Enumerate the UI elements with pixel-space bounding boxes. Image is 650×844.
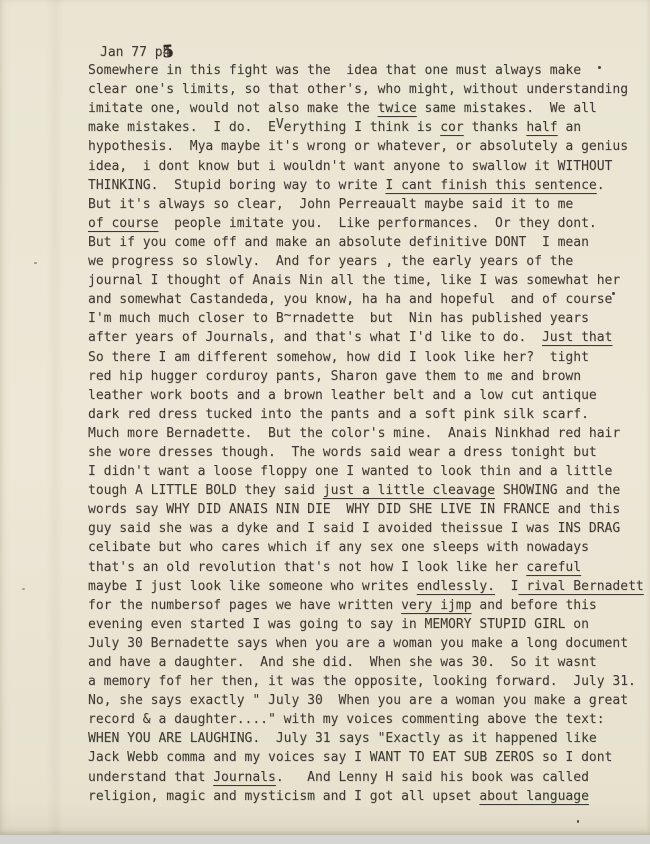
paper-fold-shadow — [46, 0, 64, 835]
text-line: So there I am different somehow, how did… — [88, 348, 640, 367]
text-line: words say WHY DID ANAIS NIN DIE WHY DID … — [88, 500, 640, 519]
text-line: that's an old revolution that's not how … — [88, 558, 640, 577]
text-line: No, she says exactly " July 30 When you … — [88, 691, 640, 710]
text-line: imitate one, would not also make the twi… — [88, 99, 640, 118]
text-line: I didn't want a loose floppy one I wante… — [88, 462, 640, 481]
text-line: religion, magic and mysticism and I got … — [88, 787, 640, 806]
text-line: a memory fof her then, it was the opposi… — [88, 672, 640, 691]
text-line: make mistakes. I do. EVerything I think … — [88, 118, 640, 137]
text-line: Somewhere in this fight was the idea tha… — [88, 61, 640, 80]
text-line: July 30 Bernadette says when you are a w… — [88, 634, 640, 653]
scan-speck — [612, 292, 615, 295]
text-line: red hip hugger corduroy pants, Sharon ga… — [88, 367, 640, 386]
page-lines: Jan 77 p45Somewhere in this fight was th… — [88, 42, 640, 806]
text-line: leather work boots and a brown leather b… — [88, 386, 640, 405]
text-line: clear one's limits, so that other's, who… — [88, 80, 640, 99]
text-line: we progress so slowly. And for years , t… — [88, 252, 640, 271]
scan-speck — [22, 588, 25, 590]
text-line: Jack Webb comma and my voices say I WANT… — [88, 748, 640, 767]
text-line: for the numbersof pages we have written … — [88, 596, 640, 615]
text-line: she wore dresses though. The words said … — [88, 443, 640, 462]
text-line: celibate but who cares which if any sex … — [88, 538, 640, 557]
text-line: and have a daughter. And she did. When s… — [88, 653, 640, 672]
text-line: understand that Journals. And Lenny H sa… — [88, 768, 640, 787]
handwritten-page-number: 5 — [162, 43, 175, 63]
text-line: tough A LITTLE BOLD they said just a lit… — [88, 481, 640, 500]
text-line: hypothesis. Mya maybe it's wrong or what… — [88, 137, 640, 156]
scan-speck — [598, 66, 601, 69]
text-line: Much more Bernadette. But the color's mi… — [88, 424, 640, 443]
text-line: maybe I just look like someone who write… — [88, 577, 640, 596]
text-line: THINKING. Stupid boring way to write I c… — [88, 176, 640, 195]
text-line: and somewhat Castandeda, you know, ha ha… — [88, 290, 640, 309]
scan-speck — [577, 820, 579, 823]
text-line: idea, i dont know but i wouldn't want an… — [88, 157, 640, 176]
text-line: WHEN YOU ARE LAUGHING. July 31 says "Exa… — [88, 729, 640, 748]
text-line: of course people imitate you. Like perfo… — [88, 214, 640, 233]
text-line: journal I thought of Anais Nin all the t… — [88, 271, 640, 290]
text-line: But if you come off and make an absolute… — [88, 233, 640, 252]
scan-speck — [34, 262, 37, 264]
text-line: dark red dress tucked into the pants and… — [88, 405, 640, 424]
text-line: evening even started I was going to say … — [88, 615, 640, 634]
document-page: Jan 77 p45Somewhere in this fight was th… — [0, 0, 650, 835]
text-line: record & a daughter...." with my voices … — [88, 710, 640, 729]
page-header-line: Jan 77 p45 — [88, 42, 640, 61]
text-line: after years of Journals, and that's what… — [88, 328, 640, 347]
text-line: But it's always so clear, John Perreaual… — [88, 195, 640, 214]
text-line: I'm much much closer to B~rnadette but N… — [88, 309, 640, 328]
scanner-background — [0, 834, 650, 844]
text-line: guy said she was a dyke and I said I avo… — [88, 519, 640, 538]
